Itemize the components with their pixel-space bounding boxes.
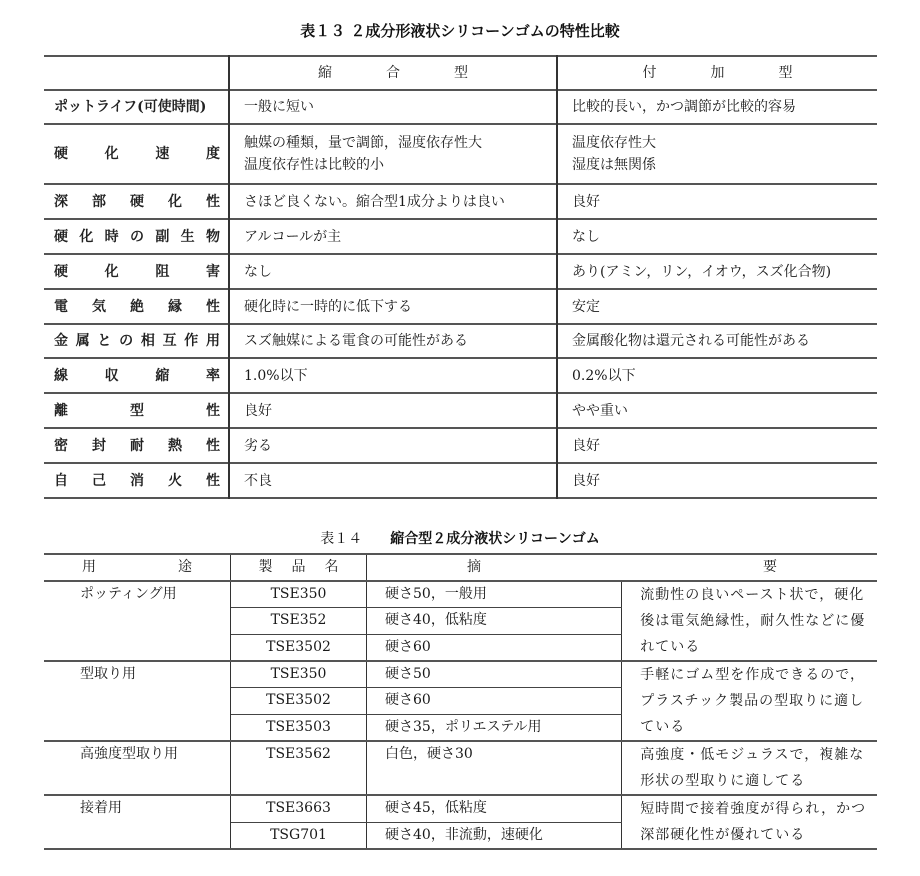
- condensation-value: さほど良くない。縮合型1成分よりは良い: [229, 184, 557, 219]
- table-row: ポットライフ(可使時間) 一般に短い 比較的長い，かつ調節が比較的容易: [44, 90, 877, 124]
- condensation-value: なし: [229, 254, 557, 289]
- row-label: 密封耐熱性: [44, 428, 229, 463]
- table14-number: 表１４: [320, 531, 362, 547]
- addition-value: 金属酸化物は還元される可能性がある: [557, 324, 877, 358]
- row-label: 自己消火性: [44, 463, 229, 498]
- table14-condensation-products: 用途 製品名 摘要 ポッティング用 TSE350 硬さ50，一般用 流動性の良い…: [44, 553, 877, 850]
- table-row: 離型性 良好 やや重い: [44, 393, 877, 428]
- addition-value: 良好: [557, 184, 877, 219]
- product-name: TSE3502: [231, 634, 367, 661]
- table14-title: 表１４縮合型２成分液状シリコーンゴム: [0, 528, 920, 548]
- product-name: TSE350: [231, 581, 367, 608]
- row-label: ポットライフ(可使時間): [44, 90, 229, 124]
- use-cell: 型取り用: [44, 661, 231, 741]
- table13-header-corner: [44, 56, 229, 90]
- header-summary: 摘要: [367, 554, 878, 581]
- table13-title: 表１３ ２成分形液状シリコーンゴムの特性比較: [0, 20, 920, 41]
- condensation-value: アルコールが主: [229, 219, 557, 254]
- condensation-value: 一般に短い: [229, 90, 557, 124]
- table-row: 深部硬化性 さほど良くない。縮合型1成分よりは良い 良好: [44, 184, 877, 219]
- product-name: TSG701: [231, 822, 367, 849]
- table-row: ポッティング用 TSE350 硬さ50，一般用 流動性の良いペースト状で，硬化後…: [44, 581, 877, 608]
- table13-header-condensation: 縮合型: [229, 56, 557, 90]
- use-cell: 接着用: [44, 795, 231, 849]
- table-row: 硬化阻害 なし あり(アミン，リン，イオウ，スズ化合物): [44, 254, 877, 289]
- header-use: 用途: [44, 554, 231, 581]
- addition-value: 良好: [557, 463, 877, 498]
- product-name: TSE352: [231, 608, 367, 634]
- product-name: TSE350: [231, 661, 367, 688]
- table-row: 電気絶縁性 硬化時に一時的に低下する 安定: [44, 289, 877, 324]
- condensation-value: 劣る: [229, 428, 557, 463]
- table13-header-addition: 付加型: [557, 56, 877, 90]
- row-label: 深部硬化性: [44, 184, 229, 219]
- table-row: 型取り用 TSE350 硬さ50 手軽にゴム型を作成できるので，プラスチック製品…: [44, 661, 877, 688]
- table14-title-text: 縮合型２成分液状シリコーンゴム: [390, 531, 599, 547]
- use-cell: 高強度型取り用: [44, 741, 231, 795]
- condensation-value: スズ触媒による電食の可能性がある: [229, 324, 557, 358]
- condensation-value: 良好: [229, 393, 557, 428]
- product-spec: 硬さ60: [367, 634, 622, 661]
- addition-value: 比較的長い，かつ調節が比較的容易: [557, 90, 877, 124]
- product-spec: 硬さ35，ポリエステル用: [367, 714, 622, 741]
- row-label: 線収縮率: [44, 358, 229, 393]
- product-spec: 硬さ50: [367, 661, 622, 688]
- product-name: TSE3562: [231, 741, 367, 795]
- condensation-value: 1.0%以下: [229, 358, 557, 393]
- row-label: 硬化阻害: [44, 254, 229, 289]
- table-row: 自己消火性 不良 良好: [44, 463, 877, 498]
- description: 流動性の良いペースト状で，硬化後は電気絶縁性，耐久性などに優れている: [622, 581, 877, 661]
- product-name: TSE3503: [231, 714, 367, 741]
- table-row: 硬化時の副生物 アルコールが主 なし: [44, 219, 877, 254]
- row-label: 硬化速度: [44, 124, 229, 184]
- row-label: 電気絶縁性: [44, 289, 229, 324]
- table-row: 金属との相互作用 スズ触媒による電食の可能性がある 金属酸化物は還元される可能性…: [44, 324, 877, 358]
- addition-value: 温度依存性大 湿度は無関係: [557, 124, 877, 184]
- condensation-value: 硬化時に一時的に低下する: [229, 289, 557, 324]
- table-row: 接着用 TSE3663 硬さ45，低粘度 短時間で接着強度が得られ，かつ深部硬化…: [44, 795, 877, 822]
- product-spec: 硬さ40，低粘度: [367, 608, 622, 634]
- table13-property-comparison: 縮合型 付加型 ポットライフ(可使時間) 一般に短い 比較的長い，かつ調節が比較…: [44, 55, 877, 499]
- product-name: TSE3663: [231, 795, 367, 822]
- table-row: 密封耐熱性 劣る 良好: [44, 428, 877, 463]
- addition-value: なし: [557, 219, 877, 254]
- description: 高強度・低モジュラスで，複雑な形状の型取りに適してる: [622, 741, 877, 795]
- description: 手軽にゴム型を作成できるので，プラスチック製品の型取りに適している: [622, 661, 877, 741]
- table14-header-row: 用途 製品名 摘要: [44, 554, 877, 581]
- addition-value: 安定: [557, 289, 877, 324]
- header-product-name: 製品名: [231, 554, 367, 581]
- product-spec: 硬さ60: [367, 688, 622, 714]
- addition-value: 0.2%以下: [557, 358, 877, 393]
- product-name: TSE3502: [231, 688, 367, 714]
- use-cell: ポッティング用: [44, 581, 231, 661]
- product-spec: 硬さ50，一般用: [367, 581, 622, 608]
- table13-header-row: 縮合型 付加型: [44, 56, 877, 90]
- product-spec: 白色，硬さ30: [367, 741, 622, 795]
- row-label: 金属との相互作用: [44, 324, 229, 358]
- row-label: 離型性: [44, 393, 229, 428]
- addition-value: 良好: [557, 428, 877, 463]
- condensation-value: 触媒の種類，量で調節，湿度依存性大 温度依存性は比較的小: [229, 124, 557, 184]
- addition-value: あり(アミン，リン，イオウ，スズ化合物): [557, 254, 877, 289]
- product-spec: 硬さ40，非流動，速硬化: [367, 822, 622, 849]
- table-row: 硬化速度 触媒の種類，量で調節，湿度依存性大 温度依存性は比較的小 温度依存性大…: [44, 124, 877, 184]
- row-label: 硬化時の副生物: [44, 219, 229, 254]
- condensation-value: 不良: [229, 463, 557, 498]
- addition-value: やや重い: [557, 393, 877, 428]
- product-spec: 硬さ45，低粘度: [367, 795, 622, 822]
- description: 短時間で接着強度が得られ，かつ深部硬化性が優れている: [622, 795, 877, 849]
- table-row: 高強度型取り用 TSE3562 白色，硬さ30 高強度・低モジュラスで，複雑な形…: [44, 741, 877, 795]
- table-row: 線収縮率 1.0%以下 0.2%以下: [44, 358, 877, 393]
